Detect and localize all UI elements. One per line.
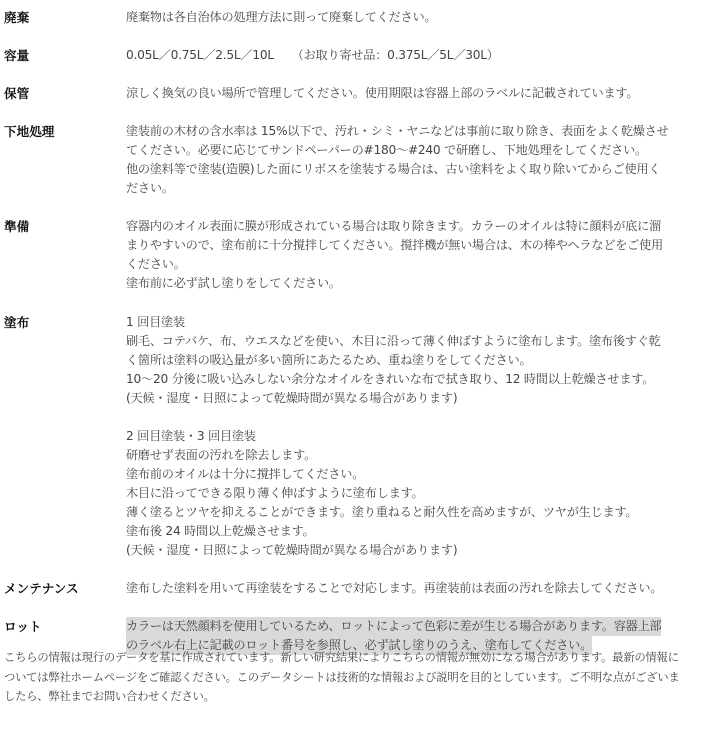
- text-line: 薄く塗るとツヤを抑えることができます。塗り重ねると耐久性を高めますが、ツヤが生じ…: [126, 503, 720, 522]
- section-content: 容器内のオイル表面に膜が形成されている場合は取り除きます。カラーのオイルは特に顔…: [126, 217, 720, 293]
- text-line: 10～20 分後に吸い込みしない余分なオイルをきれいな布で拭き取り、12 時間以…: [126, 370, 720, 389]
- section-content: 塗布した塗料を用いて再塗装をすることで対応します。再塗装前は表面の汚れを除去して…: [126, 579, 720, 598]
- text-line: 塗布した塗料を用いて再塗装をすることで対応します。再塗装前は表面の汚れを除去して…: [126, 579, 720, 598]
- text-line: ださい。: [126, 179, 720, 198]
- section-content: 1 回目塗装 刷毛、コテバケ、布、ウエスなどを使い、木目に沿って薄く伸ばすように…: [126, 313, 720, 560]
- text-line: まりやすいので、塗布前に十分撹拌してください。撹拌機が無い場合は、木の棒やヘラな…: [126, 236, 720, 255]
- highlighted-line: カラーは天然顔料を使用しているため、ロットによって色彩に差が生じる場合があります…: [126, 617, 661, 636]
- section-label: 塗布: [4, 313, 29, 332]
- text-line: 研磨せず表面の汚れを除去します。: [126, 446, 720, 465]
- section-content: 廃棄物は各自治体の処理方法に則って廃棄してください。: [126, 8, 720, 27]
- first-coat-heading: 1 回目塗装: [126, 313, 720, 332]
- text-line: 涼しく換気の良い場所で管理してください。使用期限は容器上部のラベルに記載されてい…: [126, 84, 720, 103]
- section-content: 塗装前の木材の含水率は 15%以下で、汚れ・シミ・ヤニなどは事前に取り除き、表面…: [126, 122, 720, 198]
- section-label: ロット: [4, 617, 42, 636]
- text-line: 容器内のオイル表面に膜が形成されている場合は取り除きます。カラーのオイルは特に顔…: [126, 217, 720, 236]
- text-line: 塗装前の木材の含水率は 15%以下で、汚れ・シミ・ヤニなどは事前に取り除き、表面…: [126, 122, 720, 141]
- disclaimer-note: こちらの情報は現行のデータを基に作成されています。新しい研究結果によりこちらの情…: [4, 648, 718, 707]
- second-third-coat-heading: 2 回目塗装・3 回目塗装: [126, 427, 720, 446]
- text-line: 木目に沿ってできる限り薄く伸ばすように塗布します。: [126, 484, 720, 503]
- section-label: 準備: [4, 217, 29, 236]
- text-line: 0.05L／0.75L／2.5L／10L （お取り寄せ品：0.375L／5L／3…: [126, 46, 720, 65]
- text-line: (天候・湿度・日照によって乾燥時間が異なる場合があります): [126, 541, 720, 560]
- text-line: (天候・湿度・日照によって乾燥時間が異なる場合があります): [126, 389, 720, 408]
- note-line: ついては弊社ホームページをご確認ください。このデータシートは技術的な情報および説…: [4, 668, 718, 688]
- section-label: 保管: [4, 84, 29, 103]
- text-line: 塗布前のオイルは十分に撹拌してください。: [126, 465, 720, 484]
- section-label: 廃棄: [4, 8, 29, 27]
- text-line: 廃棄物は各自治体の処理方法に則って廃棄してください。: [126, 8, 720, 27]
- text-line: てください。必要に応じてサンドペーパーの#180～#240 で研磨し、下地処理を…: [126, 141, 720, 160]
- section-content: 涼しく換気の良い場所で管理してください。使用期限は容器上部のラベルに記載されてい…: [126, 84, 720, 103]
- text-line: く箇所は塗料の吸込量が多い箇所にあたるため、重ね塗りをしてください。: [126, 351, 720, 370]
- section-label: メンテナンス: [4, 579, 79, 598]
- spacer: [126, 408, 720, 427]
- text-line: ください。: [126, 255, 720, 274]
- section-content: 0.05L／0.75L／2.5L／10L （お取り寄せ品：0.375L／5L／3…: [126, 46, 720, 65]
- note-line: したら、弊社までお問い合わせください。: [4, 687, 718, 707]
- text-line: 塗布後 24 時間以上乾燥させます。: [126, 522, 720, 541]
- section-label: 容量: [4, 46, 29, 65]
- text-line: 刷毛、コテバケ、布、ウエスなどを使い、木目に沿って薄く伸ばすように塗布します。塗…: [126, 332, 720, 351]
- note-line: こちらの情報は現行のデータを基に作成されています。新しい研究結果によりこちらの情…: [4, 648, 718, 668]
- section-label: 下地処理: [4, 122, 54, 141]
- text-line: 他の塗料等で塗装(造膜)した面にリボスを塗装する場合は、古い塗料をよく取り除いて…: [126, 160, 720, 179]
- text-line: 塗布前に必ず試し塗りをしてください。: [126, 274, 720, 293]
